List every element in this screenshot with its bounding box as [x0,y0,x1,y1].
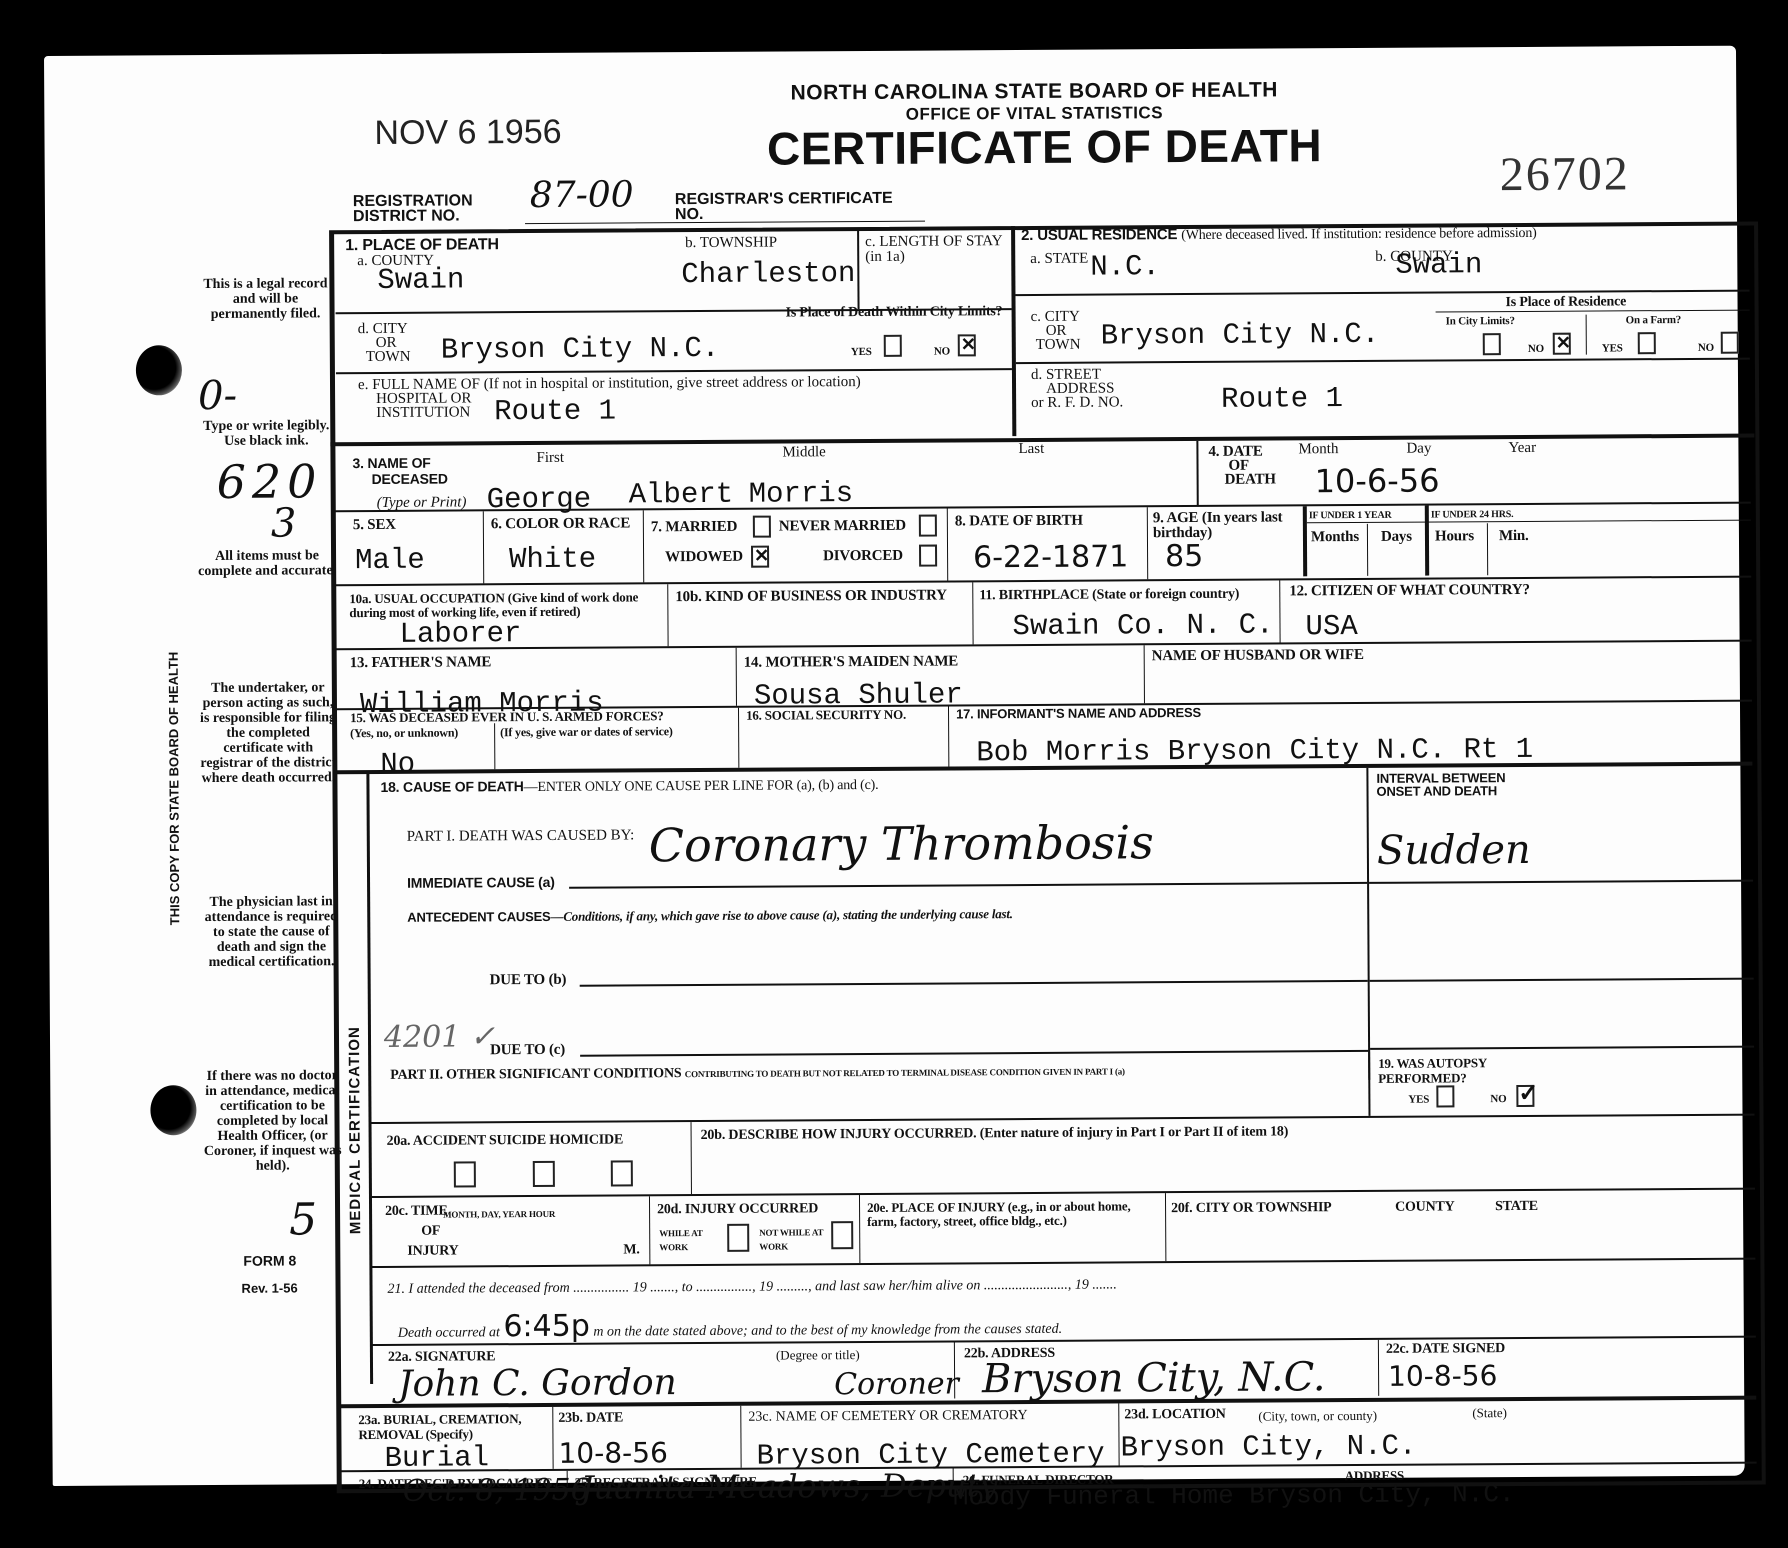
place-of-death-label: 1. PLACE OF DEATH [345,237,499,253]
date-of-death-value: 10-6-56 [1315,461,1440,500]
note-legal-record: This is a legal record and will be perma… [195,276,335,322]
mother-label: 14. MOTHER'S MAIDEN NAME [744,654,958,670]
father-label: 13. FATHER'S NAME [350,655,492,671]
not-while-at-work-checkbox[interactable] [831,1221,853,1249]
note-undertaker: The undertaker, or person acting as such… [198,680,339,786]
due-to-b-label: DUE TO (b) [490,973,567,988]
physician-title: Coroner [834,1366,959,1402]
in-limits-yes-checkbox[interactable] [1483,333,1501,355]
location-sub-label: (City, town, or county) [1258,1408,1377,1424]
spouse-label: NAME OF HUSBAND OR WIFE [1152,648,1364,664]
part2-label: PART II. OTHER SIGNIFICANT CONDITIONS [390,1066,681,1083]
residence-street-value: Route 1 [1221,384,1343,415]
registrar-signature: Juanita Meadows, Deputy [581,1466,998,1507]
age-label: 9. AGE (In years last birthday) [1153,510,1303,541]
immediate-cause-label: IMMEDIATE CAUSE (a) [407,875,555,891]
interval-a-value: Sudden [1377,827,1531,874]
manner-label: 20a. ACCIDENT SUICIDE HOMICIDE [387,1132,624,1148]
no-label: NO [934,345,950,357]
within-limits-yes-checkbox[interactable] [884,335,902,357]
burial-state-label: (State) [1472,1405,1507,1420]
dob-label: 8. DATE OF BIRTH [955,514,1083,530]
while-at-work-label: WHILE AT WORK [659,1226,723,1254]
min-label: Min. [1499,529,1529,544]
year-label: Year [1508,441,1536,456]
autopsy-no-checkbox[interactable] [1516,1085,1534,1107]
name-label-2: DECEASED [372,472,448,487]
due-to-c-label: DUE TO (c) [490,1043,565,1058]
date-signed-value: 10-8-56 [1388,1359,1497,1393]
suicide-checkbox[interactable] [533,1161,555,1187]
location-value: Bryson City, N.C. [1120,1432,1416,1464]
registrar-cert-label: REGISTRAR'S CERTIFICATE NO. [675,191,895,222]
state-copy-label: THIS COPY FOR STATE BOARD OF HEALTH [166,652,183,926]
residence-city-town: TOWN [1036,338,1081,353]
township-value: Charleston [681,259,855,290]
on-farm-no-label: NO [1698,342,1714,354]
on-farm-yes-checkbox[interactable] [1638,332,1656,354]
part2-instruction: CONTRIBUTING TO DEATH BUT NOT RELATED TO… [685,1066,1125,1079]
birthplace-value: Swain Co. N. C. [1012,611,1273,643]
injury-city-label: 20f. CITY OR TOWNSHIP [1171,1200,1332,1216]
on-farm-no-checkbox[interactable] [1721,332,1739,354]
hospital-value: Route 1 [494,397,616,428]
first-label: First [536,451,564,466]
death-certificate-page: NORTH CAROLINA STATE BOARD OF HEALTH OFF… [44,46,1745,1486]
length-of-stay-label: c. LENGTH OF STAY (in 1a) [865,234,1010,265]
registration-district-label: REGISTRATION DISTRICT NO. [353,193,523,224]
occupation-value: Laborer [399,619,521,650]
in-city-limits-label: In City Limits? [1446,315,1515,327]
code-note: 4201 ✓ [384,1019,495,1055]
months-label: Months [1311,530,1359,545]
sex-value: Male [355,546,425,576]
punch-hole [136,345,182,395]
widowed-checkbox[interactable] [751,546,769,568]
residence-city-value: Bryson City N.C. [1101,320,1380,352]
in-limits-no-checkbox[interactable] [1553,333,1571,355]
never-married-label: NEVER MARRIED [779,519,906,535]
antecedent-instruction: —Conditions, if any, which gave rise to … [550,906,1012,924]
date-received-value: Oct. 8, 1956 [403,1473,590,1509]
immediate-cause-value: Coronary Thrombosis [649,815,1154,872]
middle-label: Middle [782,445,825,460]
last-label: Last [1018,442,1044,457]
page-title: CERTIFICATE OF DEATH [704,118,1384,176]
occupation-label: 10a. USUAL OCCUPATION (Give kind of work… [349,590,659,620]
cause-instruction: —ENTER ONLY ONE CAUSE PER LINE FOR (a), … [524,778,879,795]
degree-label: (Degree or title) [776,1347,860,1363]
margin-hand-0: 0- [198,373,237,419]
injury-occurred-label: 20d. INJURY OCCURRED [657,1201,818,1217]
part1-label: PART I. DEATH WAS CAUSED BY: [407,828,635,844]
death-occurred-pre: Death occurred at [398,1325,500,1341]
dob-value: 6-22-1871 [973,539,1128,575]
within-limits-no-checkbox[interactable] [958,334,976,356]
ssn-label: 16. SOCIAL SECURITY NO. [746,707,906,723]
deceased-last-name: Morris [749,479,854,510]
township-label: b. TOWNSHIP [685,236,777,252]
widowed-label: WIDOWED [665,550,743,565]
dod-label-death: DEATH [1225,472,1276,487]
hours-label: Hours [1435,529,1474,544]
armed-forces-value: No [380,750,415,780]
location-label: 23d. LOCATION [1124,1407,1225,1423]
time-of-injury-label: 20c. TIME [385,1204,448,1219]
autopsy-yes-label: YES [1408,1094,1429,1106]
autopsy-yes-checkbox[interactable] [1436,1085,1454,1107]
race-label: 6. COLOR OR RACE [491,516,630,532]
death-county-value: Swain [377,265,464,296]
cemetery-label: 23c. NAME OF CEMETERY OR CREMATORY [748,1408,1027,1425]
burial-date-label: 23b. DATE [558,1410,623,1425]
residence-county-value: Swain [1395,250,1482,281]
within-limits-label: Is Place of Death Within City Limits? [786,304,1006,320]
on-farm-label: On a Farm? [1626,314,1682,326]
residence-state-label: a. STATE [1030,252,1088,267]
note-type-legibly: Type or write legibly. Use black ink. [196,418,336,449]
margin-hand-620: 620 [216,454,322,509]
while-at-work-checkbox[interactable] [727,1224,749,1252]
funeral-director-value: Moody Funeral Home Bryson City, N.C. [953,1479,1515,1512]
injury-state-label: STATE [1495,1199,1538,1214]
sex-label: 5. SEX [353,518,396,533]
form-number: FORM 8 [243,1252,296,1268]
never-married-checkbox[interactable] [919,515,937,537]
time-label-injury: INJURY [407,1243,458,1258]
injury-county-label: COUNTY [1395,1199,1455,1214]
form-revision: Rev. 1-56 [241,1280,297,1295]
punch-hole-lower [150,1085,196,1135]
physician-signature: John C. Gordon [398,1362,677,1405]
place-of-injury-label: 20e. PLACE OF INJURY (e.g., in or about … [867,1199,1157,1229]
time-label-of: OF [421,1224,440,1239]
certificate-number: 26702 [1500,146,1630,202]
citizen-value: USA [1305,612,1357,642]
date-signed-label: 22c. DATE SIGNED [1386,1341,1505,1357]
age-value: 85 [1165,539,1203,574]
days-label: Days [1381,530,1412,545]
divorced-checkbox[interactable] [919,545,937,567]
armed-forces-sub1: (Yes, no, or unknown) [350,725,458,741]
on-farm-yes-label: YES [1602,342,1623,354]
birthplace-label: 11. BIRTHPLACE (State or foreign country… [979,587,1239,604]
divorced-label: DIVORCED [823,549,903,564]
time-sub-label: MONTH, DAY, YEAR HOUR [443,1207,555,1223]
informant-label: 17. INFORMANT'S NAME AND ADDRESS [956,705,1201,721]
autopsy-no-label: NO [1490,1093,1506,1105]
death-time-value: 6:45p [503,1309,590,1345]
city-label-town: TOWN [366,350,411,365]
antecedent-label: ANTECEDENT CAUSES [407,909,550,925]
burial-date-value: 10-8-56 [558,1436,667,1470]
armed-forces-sub2: (If yes, give war or dates of service) [500,724,673,740]
citizen-label: 12. CITIZEN OF WHAT COUNTRY? [1289,583,1530,599]
in-limits-no-label: NO [1528,343,1544,355]
margin-hand-5: 5 [289,1194,317,1245]
note-no-doctor: If there was no doctor in attendance, me… [202,1068,343,1174]
margin-hand-3: 3 [271,500,297,546]
not-while-at-work-label: NOT WHILE AT WORK [759,1225,829,1253]
death-occurred-post: m on the date stated above; and to the b… [593,1322,1062,1340]
place-of-residence-label: Is Place of Residence [1505,294,1626,310]
note-complete: All items must be complete and accurate. [197,548,337,579]
registration-district-value: 87-00 [530,174,634,216]
street-label-3: or R. F. D. NO. [1031,395,1123,411]
race-value: White [509,545,596,576]
residence-state-value: N.C. [1090,252,1160,282]
name-label: 3. NAME OF [352,456,430,471]
deceased-middle-name: Albert [629,480,734,511]
accident-checkbox[interactable] [454,1161,476,1187]
physician-address: Bryson City, N.C. [982,1354,1326,1402]
hospital-label-3: INSTITUTION [376,405,470,421]
received-stamp: NOV 6 1956 [374,113,561,153]
married-label: 7. MARRIED [651,520,737,536]
day-label: Day [1406,442,1431,457]
cause-of-death-label: 18. CAUSE OF DEATH [380,778,523,795]
month-label: Month [1298,442,1338,457]
married-checkbox[interactable] [753,516,771,538]
note-physician: The physician last in attendance is requ… [201,894,341,970]
business-label: 10b. KIND OF BUSINESS OR INDUSTRY [675,588,947,605]
interval-label: INTERVAL BETWEEN ONSET AND DEATH [1376,771,1546,798]
yes-label: YES [851,346,872,358]
armed-forces-label: 15. WAS DECEASED EVER IN U. S. ARMED FOR… [350,708,664,725]
time-m-label: M. [623,1242,639,1257]
medical-certification-label: MEDICAL CERTIFICATION [346,1026,364,1234]
board-name: NORTH CAROLINA STATE BOARD OF HEALTH [724,78,1344,106]
death-city-value: Bryson City N.C. [441,334,720,366]
homicide-checkbox[interactable] [611,1160,633,1186]
disposition-label: 23a. BURIAL, CREMATION, REMOVAL (Specify… [358,1411,558,1442]
